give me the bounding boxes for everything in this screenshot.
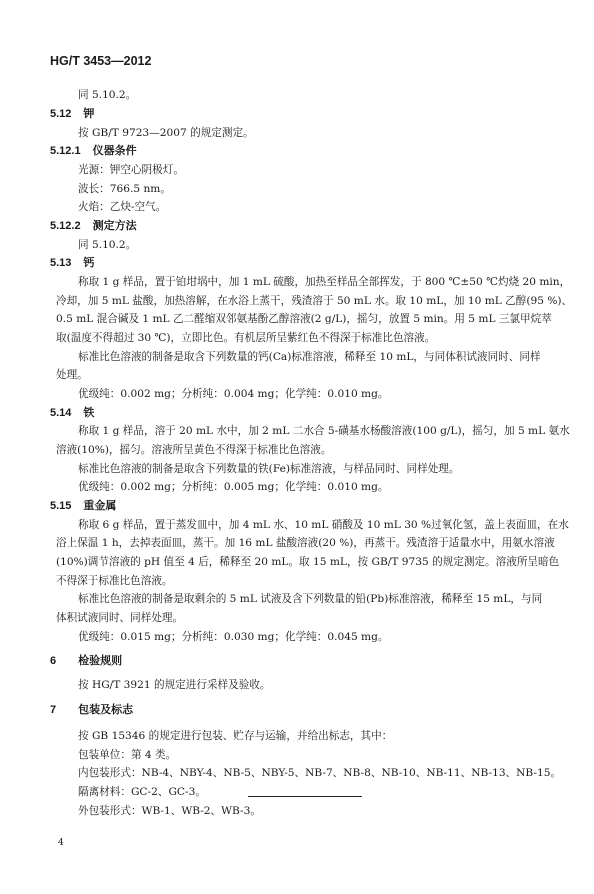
section-number: 5.15	[50, 499, 71, 513]
paragraph-line: 浴上保温 1 h，去掉表面皿，蒸干。加 16 mL 盐酸溶液(20 %)，再蒸干…	[56, 536, 556, 550]
paragraph-line: 冷却，加 5 mL 盐酸，加热溶解，在水浴上蒸干，残渣溶于 50 mL 水。取 …	[56, 294, 556, 308]
section-title: 钙	[83, 257, 94, 269]
standard-code-header: HG/T 3453—2012	[50, 54, 151, 68]
section-title: 铁	[83, 407, 94, 419]
paragraph-line: 按 HG/T 3921 的规定进行采样及验收。	[78, 678, 578, 692]
section-title: 仪器条件	[93, 145, 137, 157]
paragraph-line: 按 GB/T 9723—2007 的规定测定。	[78, 126, 578, 140]
section-title: 钾	[83, 108, 94, 120]
paragraph-line: 优级纯：0.002 mg；分析纯：0.004 mg；化学纯：0.010 mg。	[78, 387, 578, 401]
paragraph-line: 称取 1 g 样品，置于铂坩埚中，加 1 mL 硫酸，加热至样品全部挥发，于 8…	[78, 275, 578, 289]
paragraph-line: 外包装形式：WB-1、WB-2、WB-3。	[78, 804, 578, 818]
section-heading: 5.15重金属	[50, 499, 550, 513]
paragraph-line: 称取 6 g 样品，置于蒸发皿中，加 4 mL 水、10 mL 硝酸及 10 m…	[78, 518, 578, 532]
paragraph-line: 体积试液同时、同样处理。	[56, 611, 556, 625]
paragraph-line: 同 5.10.2。	[78, 238, 578, 252]
section-title: 包装及标志	[78, 704, 133, 716]
section-heading: 7包装及标志	[50, 703, 550, 717]
paragraph-line: 光源：钾空心阴极灯。	[78, 163, 578, 177]
end-rule	[248, 796, 362, 797]
section-number: 5.12	[50, 107, 71, 121]
paragraph-line: 包装单位：第 4 类。	[78, 748, 578, 762]
section-heading: 5.12钾	[50, 107, 550, 121]
page-number: 4	[58, 838, 64, 848]
paragraph-line: 标准比色溶液的制备是取含下列数量的钙(Ca)标准溶液，稀释至 10 mL，与同体…	[78, 350, 578, 364]
paragraph-line: 优级纯：0.002 mg；分析纯：0.005 mg；化学纯：0.010 mg。	[78, 480, 578, 494]
section-number: 5.13	[50, 256, 71, 270]
paragraph-line: (10%)调节溶液的 pH 值至 4 后，稀释至 20 mL。取 15 mL，按…	[56, 555, 556, 569]
section-number: 5.14	[50, 406, 71, 420]
paragraph-line: 标准比色溶液的制备是取剩余的 5 mL 试液及含下列数量的铅(Pb)标准溶液，稀…	[78, 592, 578, 606]
section-title: 测定方法	[93, 220, 137, 232]
section-number: 7	[50, 703, 56, 717]
paragraph-line: 优级纯：0.015 mg；分析纯：0.030 mg；化学纯：0.045 mg。	[78, 630, 578, 644]
section-heading: 6检验规则	[50, 654, 550, 668]
paragraph-line: 处理。	[56, 368, 556, 382]
section-number: 6	[50, 654, 56, 668]
section-title: 检验规则	[78, 655, 122, 667]
paragraph-line: 火焰：乙炔-空气。	[78, 200, 578, 214]
section-heading: 5.12.1仪器条件	[50, 144, 550, 158]
section-number: 5.12.1	[50, 144, 81, 158]
paragraph-line: 溶液(10%)，摇匀。溶液所呈黄色不得深于标准比色溶液。	[56, 443, 556, 457]
paragraph-line: 0.5 mL 混合碱及 1 mL 乙二醛缩双邻氨基酚乙醇溶液(2 g/L)，摇匀…	[56, 312, 556, 326]
paragraph-line: 按 GB 15346 的规定进行包装、贮存与运输，并给出标志，其中：	[78, 729, 578, 743]
section-title: 重金属	[83, 500, 116, 512]
paragraph-line: 内包装形式：NB-4、NBY-4、NB-5、NBY-5、NB-7、NB-8、NB…	[78, 766, 578, 780]
section-number: 5.12.2	[50, 219, 81, 233]
paragraph-line: 称取 1 g 样品，溶于 20 mL 水中，加 2 mL 二水合 5-磺基水杨酸…	[78, 424, 578, 438]
section-heading: 5.13钙	[50, 256, 550, 270]
paragraph-line: 取(温度不得超过 30 ℃)，立即比色。有机层所呈紫红色不得深于标准比色溶液。	[56, 331, 556, 345]
paragraph-line: 同 5.10.2。	[78, 88, 578, 102]
section-heading: 5.14铁	[50, 406, 550, 420]
paragraph-line: 波长：766.5 nm。	[78, 182, 578, 196]
section-heading: 5.12.2测定方法	[50, 219, 550, 233]
paragraph-line: 不得深于标准比色溶液。	[56, 574, 556, 588]
paragraph-line: 标准比色溶液的制备是取含下列数量的铁(Fe)标准溶液，与样品同时、同样处理。	[78, 462, 578, 476]
document-page: HG/T 3453—2012 同 5.10.2。5.12钾按 GB/T 9723…	[0, 0, 594, 894]
